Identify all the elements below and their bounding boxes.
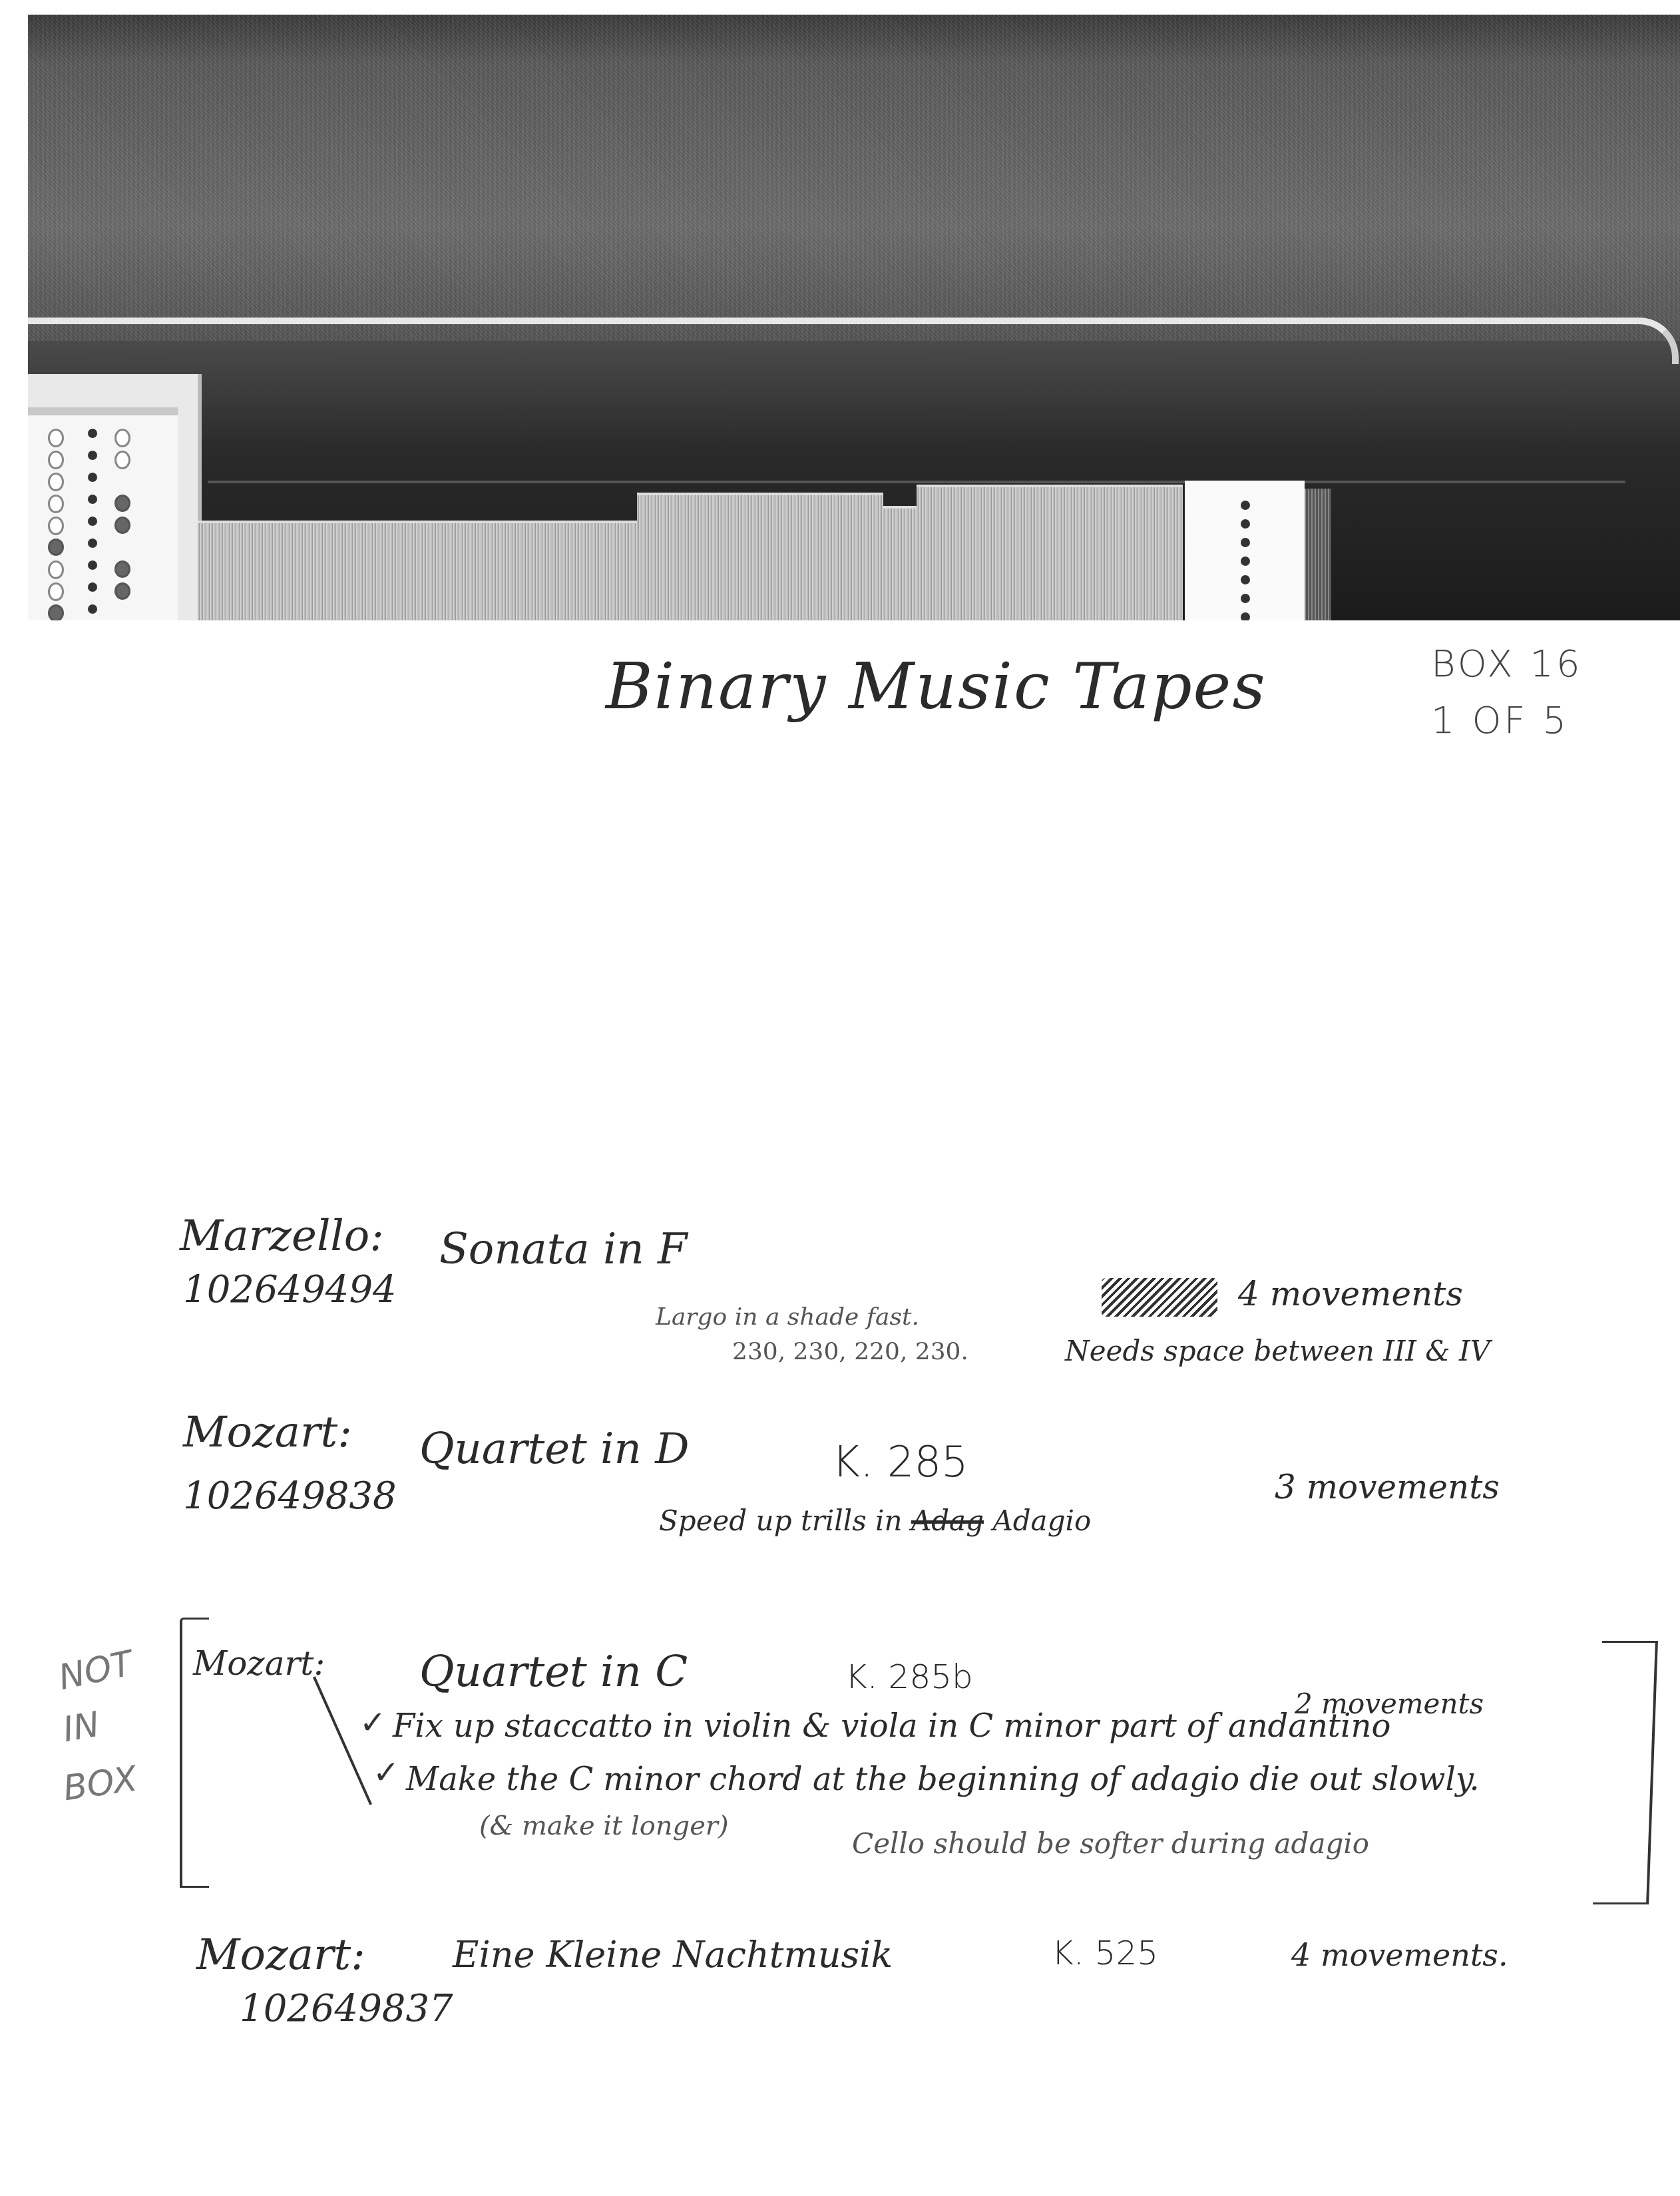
document-title: Binary Music Tapes (606, 649, 1267, 724)
composer: Marzello: (180, 1211, 384, 1261)
punched-hole (88, 429, 97, 438)
punched-hole (48, 582, 64, 601)
crossed-out-word: Adag (911, 1504, 984, 1537)
check-mark-icon: ✓ (359, 1704, 386, 1741)
punched-hole (88, 539, 97, 548)
punched-hole (88, 495, 97, 504)
composer: Mozart: (196, 1930, 365, 1980)
box-photograph (28, 15, 1680, 620)
box-seam (208, 481, 1625, 483)
punched-hole (88, 451, 97, 460)
bracket-right (1593, 1641, 1658, 1904)
punched-hole (1241, 519, 1250, 529)
check-mark-icon: ✓ (373, 1754, 399, 1791)
side-note-box: BOX (61, 1759, 139, 1809)
work-title: Sonata in F (439, 1225, 687, 1274)
punched-hole (48, 560, 64, 579)
box-label: BOX 16 (1431, 642, 1583, 686)
punched-hole (1241, 538, 1250, 547)
note: Speed up trills in (659, 1504, 903, 1537)
punched-card-front (28, 407, 178, 620)
punched-hole (88, 604, 97, 614)
punched-hole (88, 517, 97, 526)
composer: Mozart: (183, 1408, 352, 1457)
punched-hole (1241, 575, 1250, 584)
card-stack-4 (917, 485, 1183, 620)
punched-card-right (1185, 481, 1305, 620)
movement-count: 4 movements (1238, 1275, 1463, 1313)
note: Fix up staccatto in violin & viola in C … (393, 1707, 1390, 1745)
note: Needs space between III & IV (1065, 1335, 1490, 1367)
composer: Mozart: (193, 1644, 325, 1683)
card-stack-2 (637, 493, 883, 620)
note: Make the C minor chord at the beginning … (406, 1761, 1480, 1798)
note-tempo-values: 230, 230, 220, 230. (732, 1338, 968, 1365)
punched-hole (48, 539, 64, 556)
card-stack-3 (883, 506, 917, 620)
box-lid-edge (28, 318, 1679, 364)
work-title: Quartet in D (419, 1425, 689, 1474)
punched-card-left (28, 374, 202, 620)
box-count: 1 OF 5 (1431, 699, 1569, 742)
punched-hole (88, 582, 97, 592)
id-number: 102649494 (183, 1268, 397, 1311)
punched-hole (114, 429, 130, 447)
punched-hole (114, 582, 130, 600)
card-stack-1 (198, 521, 637, 620)
punched-hole (48, 495, 64, 513)
punched-hole (114, 560, 130, 578)
punched-hole (1241, 556, 1250, 566)
punched-hole (48, 473, 64, 491)
note: Cello should be softer during adagio (852, 1827, 1369, 1860)
catalog-number: K. 285 (832, 1438, 968, 1487)
note-word: Adagio (992, 1504, 1091, 1537)
punched-hole (1241, 612, 1250, 620)
punched-hole (114, 495, 130, 512)
note: (& make it longer) (479, 1811, 729, 1841)
side-note-in: IN (60, 1705, 103, 1751)
id-number: 102649838 (183, 1474, 397, 1518)
work-title: Eine Kleine Nachtmusik (453, 1934, 893, 1976)
movement-count: 4 movements. (1291, 1937, 1508, 1973)
side-note-not: NOT (55, 1644, 136, 1698)
punched-hole (114, 517, 130, 534)
card-stack-edge (1305, 489, 1331, 620)
punched-hole (48, 604, 64, 620)
punched-hole (48, 451, 64, 469)
note: Largo in a shade fast. (656, 1303, 919, 1331)
punched-hole (114, 451, 130, 469)
punched-hole (1241, 594, 1250, 603)
catalog-number: K. 285b (845, 1657, 973, 1696)
crossed-out-word: Sketch (1102, 1278, 1217, 1317)
catalog-number: K. 525 (1052, 1934, 1158, 1972)
punched-hole (48, 517, 64, 535)
movement-count: 3 movements (1275, 1468, 1500, 1506)
punched-hole (1241, 501, 1250, 510)
id-number: 102649837 (240, 1987, 453, 2030)
work-title: Quartet in C (419, 1647, 688, 1697)
punched-hole (88, 473, 97, 482)
punched-hole (88, 560, 97, 570)
punched-hole (48, 429, 64, 447)
